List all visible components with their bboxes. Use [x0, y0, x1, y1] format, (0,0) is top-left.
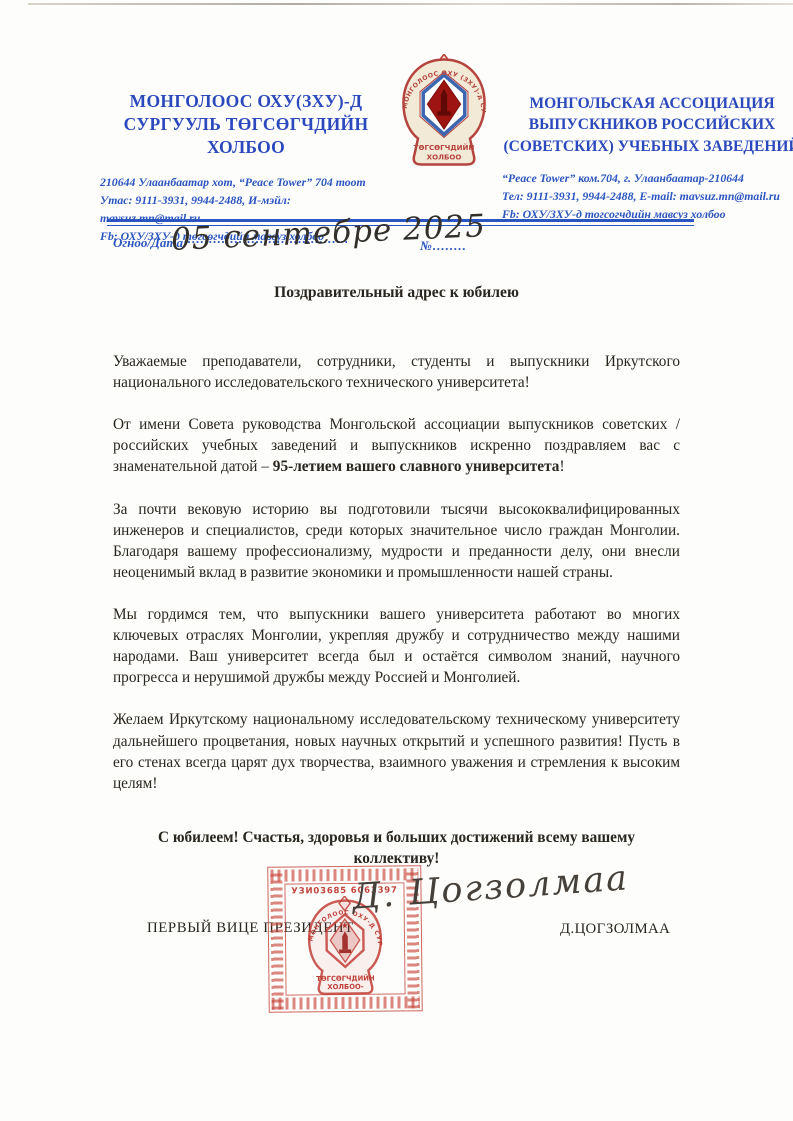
- logo-bottom-text-1: ТӨГСӨГЧДИЙН: [414, 143, 475, 152]
- org-logo: МОНГОЛООС ОХУ (ЗХУ)-д СУРГУУЛЬ ТӨГСӨГЧДИ…: [392, 54, 496, 177]
- signature-block: ПЕРВЫЙ ВИЦЕ ПРЕЗИДЕНТ УЗИ03685 6063397 ★: [0, 860, 793, 1050]
- signatory-name: Д.ЦОГЗОЛМАА: [560, 921, 670, 938]
- stamp-bottom-text-1: ТӨГСӨГЧДИЙН: [316, 973, 375, 983]
- paragraph-congratulation: От имени Совета руководства Монгольской …: [113, 414, 680, 477]
- letterhead-right-column: МОНГОЛЬСКАЯ АССОЦИАЦИЯ ВЫПУСКНИКОВ РОССИ…: [502, 52, 793, 224]
- address-line: 210644 Улаанбаатар хот, “Peace Tower” 70…: [100, 174, 392, 192]
- scan-artifact-line: [28, 3, 793, 5]
- logo-bottom-text-2: ХОЛБОО: [427, 152, 462, 161]
- anniversary-highlight: 95-летием вашего славного университета: [273, 458, 560, 475]
- paragraph-greeting: Уважаемые преподаватели, сотрудники, сту…: [113, 351, 680, 393]
- letter-page: МОНГОЛООС ОХУ(ЗХУ)-Д СУРГУУЛЬ ТӨГСӨГЧДИЙ…: [0, 0, 793, 1121]
- stamp-bottom-text-2: ХОЛБОО-: [327, 983, 363, 991]
- association-badge-icon: МОНГОЛООС ОХУ (ЗХУ)-д СУРГУУЛЬ ТӨГСӨГЧДИ…: [392, 54, 496, 172]
- contact-block-right: “Peace Tower” ком.704, г. Улаанбаатар-21…: [502, 170, 793, 224]
- stamp-star-glyph: ★: [341, 921, 349, 930]
- paragraph-pride: Мы гордимся тем, что выпускники вашего у…: [113, 604, 680, 688]
- document-number-label: №........: [420, 238, 467, 254]
- phone-email-line: Тел: 9111-3931, 9944-2488, E-mail: mavsu…: [502, 188, 793, 206]
- date-row: Огноо/Дата:.............................…: [113, 231, 685, 277]
- org-title-mongolian: МОНГОЛООС ОХУ(ЗХУ)-Д СУРГУУЛЬ ТӨГСӨГЧДИЙ…: [100, 90, 392, 159]
- address-line: “Peace Tower” ком.704, г. Улаанбаатар-21…: [502, 170, 793, 188]
- letter-body: Уважаемые преподаватели, сотрудники, сту…: [113, 351, 680, 869]
- paragraph-congratulation-end: !: [559, 458, 564, 475]
- letter-title: Поздравительный адрес к юбилею: [113, 284, 680, 302]
- org-title-russian: МОНГОЛЬСКАЯ АССОЦИАЦИЯ ВЫПУСКНИКОВ РОССИ…: [502, 93, 793, 157]
- paragraph-history: За почти вековую историю вы подготовили …: [113, 499, 680, 583]
- paragraph-wishes: Желаем Иркутскому национальному исследов…: [113, 709, 680, 793]
